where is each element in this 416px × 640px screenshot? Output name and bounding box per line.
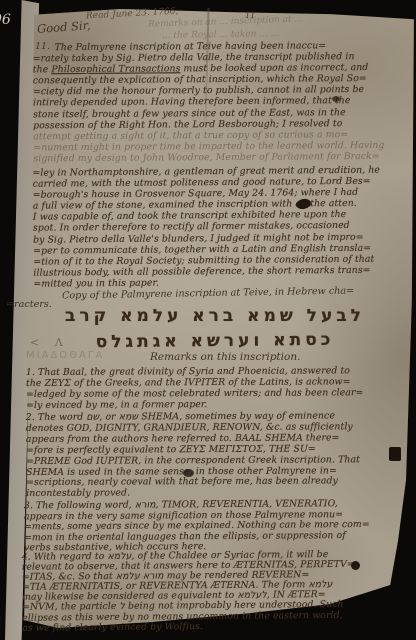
remark-section-3: 3. The following word, מורא, TIMOR, REVE… bbox=[24, 499, 410, 555]
remark-section-2: 2. The word שם, or שמא SHEMA, sometimes … bbox=[26, 411, 412, 500]
ink-blot bbox=[389, 447, 401, 461]
text-line: =ledged by some of the most celebrated w… bbox=[26, 387, 410, 400]
text-line: as we find clearly evinced by Wolfius. bbox=[22, 620, 410, 633]
letter-paragraph-2: =ley in Northamptonshire, a gentleman of… bbox=[32, 164, 413, 289]
text-fragment: the bbox=[33, 64, 52, 75]
ink-blot bbox=[183, 469, 194, 477]
text-line: =ly evinced by me, in a former paper. bbox=[26, 398, 410, 411]
hebrew-inscription-line-1: לבעל שמא ברא עלמא קרב bbox=[50, 306, 380, 326]
underlined-title: Philosophical Transactions bbox=[51, 63, 180, 75]
text-line: signified my design to John Woodroe, Mem… bbox=[33, 151, 413, 165]
faded-paragraph-lines: attempt getting a sight of it, that a tr… bbox=[33, 128, 413, 164]
salutation: Good Sir, bbox=[37, 18, 91, 36]
remarks-title: Remarks on this inscription. bbox=[150, 351, 300, 363]
margin-marks: < Λ bbox=[30, 336, 69, 349]
ink-blot bbox=[351, 561, 360, 570]
inscription-caption-wrap: =racters. bbox=[6, 299, 52, 310]
handwriting-layer: Read June 23. 1766, 11 Remarks on an ...… bbox=[0, 0, 416, 640]
paragraph-lines: consequently the explication of that ins… bbox=[33, 73, 413, 131]
ink-blot bbox=[332, 96, 340, 102]
manuscript-photo: 96 Read June 23. 1766, 11 Remarks on an … bbox=[0, 0, 416, 640]
letter-paragraph-1: The Palmyrene inscription at Teive havin… bbox=[33, 40, 414, 165]
faded-header-scrawl: ... the Royal ... taken ... ... bbox=[162, 29, 279, 41]
bleedthrough-greek-text: ΜΙΑΔΟΘΑΓΑ bbox=[26, 350, 104, 361]
remark-section-1: 1. That Baal, the great divinity of Syri… bbox=[26, 365, 410, 411]
paragraph-lines: The Palmyrene inscription at Teive havin… bbox=[33, 40, 413, 65]
